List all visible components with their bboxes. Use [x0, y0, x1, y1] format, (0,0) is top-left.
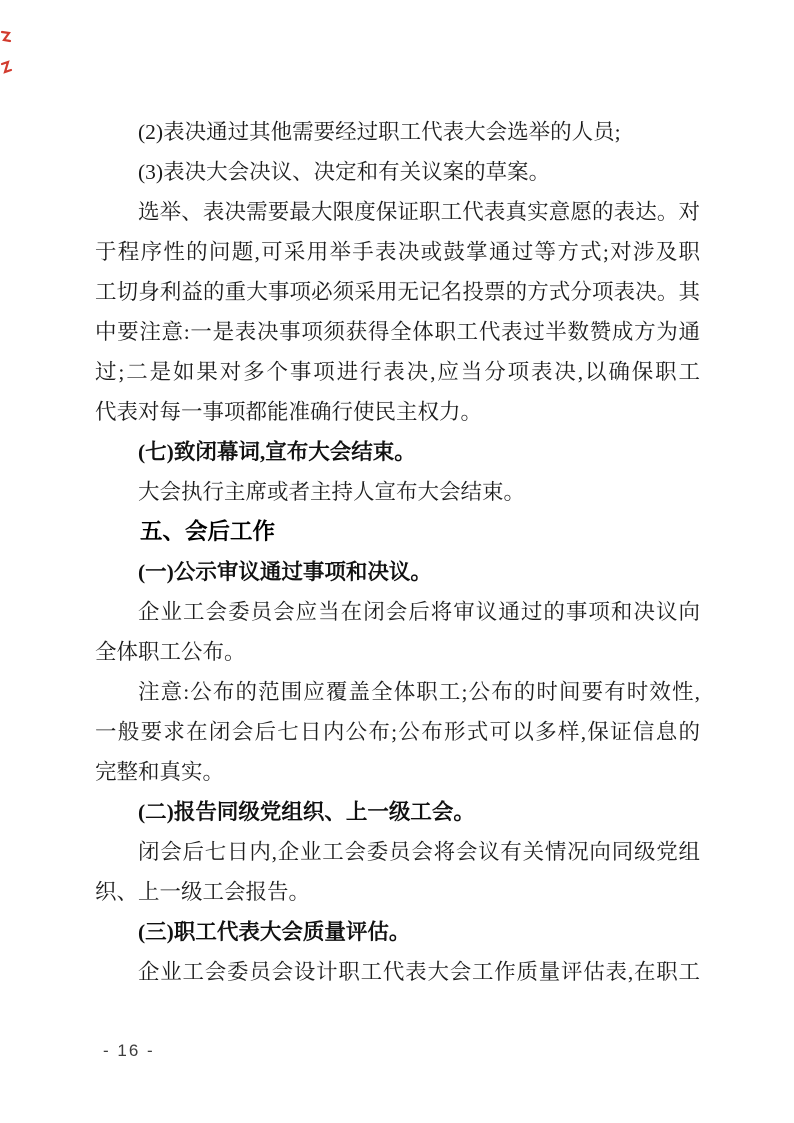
text-line: 全体职工公布。: [95, 632, 700, 672]
text-line: 注意:公布的范围应覆盖全体职工;公布的时间要有时效性,: [95, 672, 700, 712]
text-line: (2)表决通过其他需要经过职工代表大会选举的人员;: [95, 112, 700, 152]
red-edge-mark: [0, 28, 18, 84]
sub-heading: (二)报告同级党组织、上一级工会。: [95, 792, 700, 832]
text-line: 一般要求在闭会后七日内公布;公布形式可以多样,保证信息的: [95, 712, 700, 752]
document-body: (2)表决通过其他需要经过职工代表大会选举的人员;(3)表决大会决议、决定和有关…: [95, 112, 700, 992]
section-heading: 五、会后工作: [95, 512, 700, 552]
sub-heading: (七)致闭幕词,宣布大会结束。: [95, 432, 700, 472]
text-line: 完整和真实。: [95, 752, 700, 792]
text-line: 企业工会委员会设计职工代表大会工作质量评估表,在职工: [95, 952, 700, 992]
sub-heading: (一)公示审议通过事项和决议。: [95, 552, 700, 592]
page-number: - 16 -: [103, 1041, 155, 1061]
text-line: 中要注意:一是表决事项须获得全体职工代表过半数赞成方为通: [95, 312, 700, 352]
document-page: (2)表决通过其他需要经过职工代表大会选举的人员;(3)表决大会决议、决定和有关…: [0, 0, 794, 1123]
text-line: 闭会后七日内,企业工会委员会将会议有关情况向同级党组: [95, 832, 700, 872]
text-line: 过;二是如果对多个事项进行表决,应当分项表决,以确保职工: [95, 352, 700, 392]
text-line: 大会执行主席或者主持人宣布大会结束。: [95, 472, 700, 512]
sub-heading: (三)职工代表大会质量评估。: [95, 912, 700, 952]
text-line: 工切身利益的重大事项必须采用无记名投票的方式分项表决。其: [95, 272, 700, 312]
text-line: 选举、表决需要最大限度保证职工代表真实意愿的表达。对: [95, 192, 700, 232]
text-line: 于程序性的问题,可采用举手表决或鼓掌通过等方式;对涉及职: [95, 232, 700, 272]
text-line: 代表对每一事项都能准确行使民主权力。: [95, 392, 700, 432]
text-line: 企业工会委员会应当在闭会后将审议通过的事项和决议向: [95, 592, 700, 632]
text-line: 织、上一级工会报告。: [95, 872, 700, 912]
text-line: (3)表决大会决议、决定和有关议案的草案。: [95, 152, 700, 192]
